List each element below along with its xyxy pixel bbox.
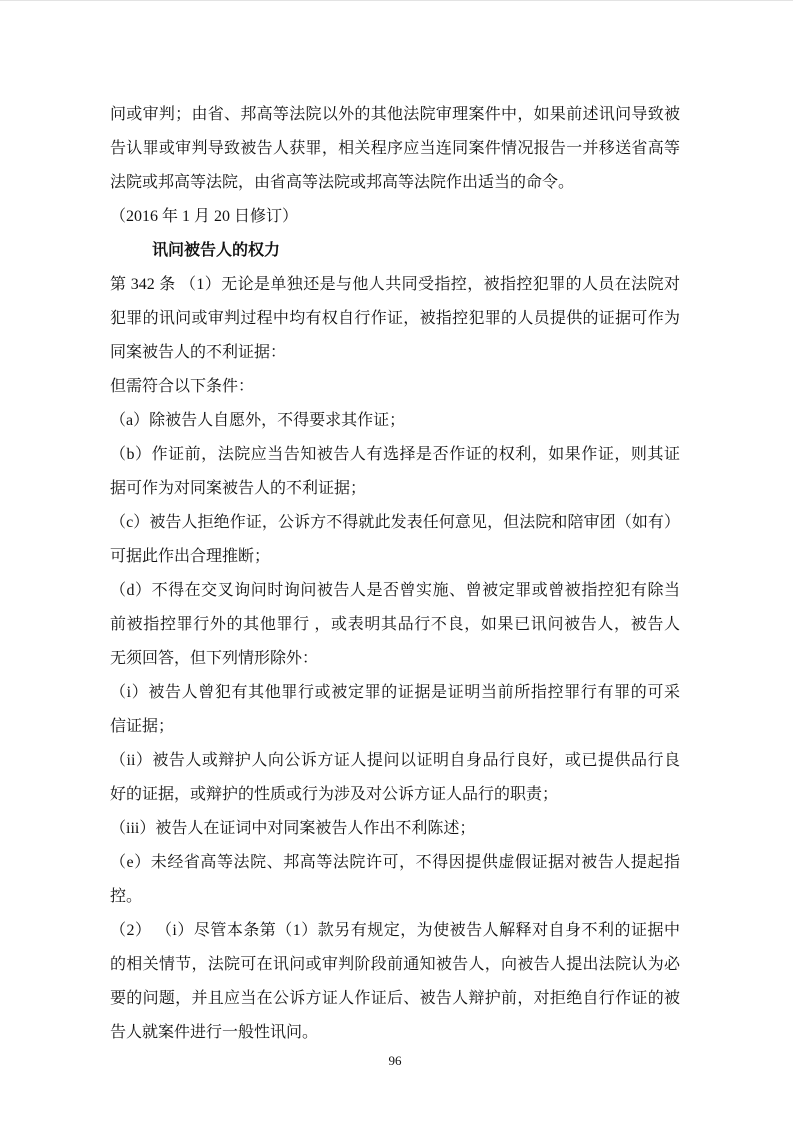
text-line: （d）不得在交叉询问时询问被告人是否曾实施、曾被定罪或曾被指控犯有除当 bbox=[110, 574, 680, 608]
text-line: 据可作为对同案被告人的不利证据； bbox=[110, 472, 680, 506]
text-line: 控。 bbox=[110, 880, 680, 914]
text-line: 要的问题，并且应当在公诉方证人作证后、被告人辩护前，对拒绝自行作证的被 bbox=[110, 982, 680, 1016]
text-line: （2016 年 1 月 20 日修订） bbox=[110, 200, 680, 234]
document-body: 问或审判；由省、邦高等法院以外的其他法院审理案件中，如果前述讯问导致被告认罪或审… bbox=[110, 98, 680, 1050]
text-line: （ii）被告人或辩护人向公诉方证人提问以证明自身品行良好，或已提供品行良 bbox=[110, 744, 680, 778]
text-line: 可据此作出合理推断； bbox=[110, 540, 680, 574]
text-line: 信证据； bbox=[110, 710, 680, 744]
text-line: 犯罪的讯问或审判过程中均有权自行作证，被指控犯罪的人员提供的证据可作为 bbox=[110, 302, 680, 336]
text-line: 告认罪或审判导致被告人获罪，相关程序应当连同案件情况报告一并移送省高等 bbox=[110, 132, 680, 166]
text-line: （c）被告人拒绝作证，公诉方不得就此发表任何意见，但法院和陪审团（如有） bbox=[110, 506, 680, 540]
document-page: 问或审判；由省、邦高等法院以外的其他法院审理案件中，如果前述讯问导致被告认罪或审… bbox=[0, 0, 793, 1122]
text-line: 告人就案件进行一般性讯问。 bbox=[110, 1016, 680, 1050]
text-line: 无须回答，但下列情形除外： bbox=[110, 642, 680, 676]
text-line: 同案被告人的不利证据： bbox=[110, 336, 680, 370]
text-line: 前被指控罪行外的其他罪行 ，或表明其品行不良，如果已讯问被告人，被告人 bbox=[110, 608, 680, 642]
text-line: 问或审判；由省、邦高等法院以外的其他法院审理案件中，如果前述讯问导致被 bbox=[110, 98, 680, 132]
text-line: （iii）被告人在证词中对同案被告人作出不利陈述； bbox=[110, 812, 680, 846]
page-number: 96 bbox=[110, 1053, 680, 1069]
text-line: （i）被告人曾犯有其他罪行或被定罪的证据是证明当前所指控罪行有罪的可采 bbox=[110, 676, 680, 710]
text-line: （e）未经省高等法院、邦高等法院许可，不得因提供虚假证据对被告人提起指 bbox=[110, 846, 680, 880]
text-line: 第 342 条 （1）无论是单独还是与他人共同受指控，被指控犯罪的人员在法院对 bbox=[110, 268, 680, 302]
text-line: 的相关情节，法院可在讯问或审判阶段前通知被告人，向被告人提出法院认为必 bbox=[110, 948, 680, 982]
text-line: （b）作证前，法院应当告知被告人有选择是否作证的权利，如果作证，则其证 bbox=[110, 438, 680, 472]
section-heading: 讯问被告人的权力 bbox=[110, 234, 680, 268]
text-line: 好的证据，或辩护的性质或行为涉及对公诉方证人品行的职责； bbox=[110, 778, 680, 812]
text-line: 法院或邦高等法院，由省高等法院或邦高等法院作出适当的命令。 bbox=[110, 166, 680, 200]
text-line: （a）除被告人自愿外，不得要求其作证； bbox=[110, 404, 680, 438]
text-line: （2） （i）尽管本条第（1）款另有规定，为使被告人解释对自身不利的证据中 bbox=[110, 914, 680, 948]
text-line: 但需符合以下条件： bbox=[110, 370, 680, 404]
